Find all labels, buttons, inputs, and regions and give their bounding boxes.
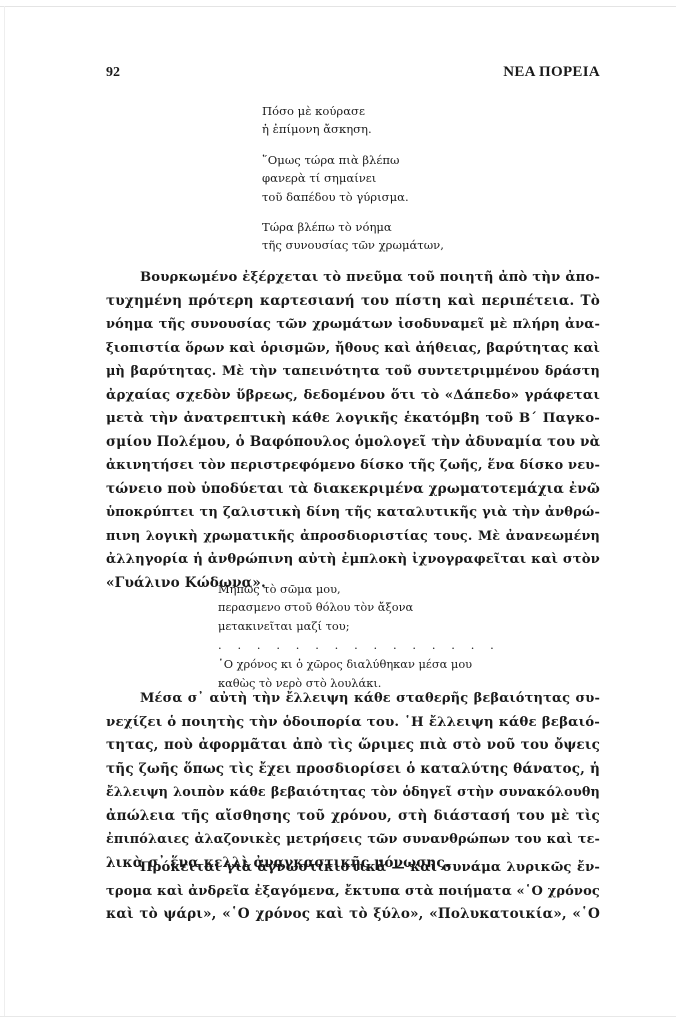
verse-line: τοῦ δαπέδου τὸ γύρισμα. bbox=[262, 188, 444, 206]
text-line: νεχίζει ὁ ποιητὴς τὴν ὁδοιπορία του. ῾Η … bbox=[106, 711, 600, 735]
verse-line: ῾Ο χρόνος κι ὁ χῶρος διαλύθηκαν μέσα μου bbox=[218, 655, 494, 673]
text-line: τώνειο ποὺ ὑποδύεται τὰ διακεκριμένα χρω… bbox=[106, 478, 600, 502]
text-line: σμίου Πολέμου, ὁ Βαφόπουλος ὁμολογεῖ τὴν… bbox=[106, 431, 600, 455]
verse-line: ῞Ομως τώρα πιὰ βλέπω bbox=[262, 151, 444, 169]
text-line: ἀκινητήσει τὸν περιστρεφόμενο δίσκο τῆς … bbox=[106, 454, 600, 478]
verse-line: ἡ ἐπίμονη ἄσκηση. bbox=[262, 120, 444, 138]
text-line: ἔλλειψη λοιπὸν κάθε βεβαιότητας τὸν ὁδηγ… bbox=[106, 781, 600, 805]
text-line: τρομα καὶ ἀνδρεῖα ἐξαγόμενα, ἔκτυπα στὰ … bbox=[106, 880, 600, 904]
text-line: Πρόκειται γιὰ ἀγνωστικιστικὰ — καὶ συνάμ… bbox=[106, 856, 600, 880]
text-line: μὴ βαρύτητας. Μὲ τὴν ταπεινότητα τοῦ συν… bbox=[106, 360, 600, 384]
page-edge-bottom bbox=[0, 1016, 676, 1017]
paragraph-3: Πρόκειται γιὰ ἀγνωστικιστικὰ — καὶ συνάμ… bbox=[106, 856, 600, 927]
text-line: μετὰ τὴν ἀνατρεπτικὴ κάθε λογικῆς ἑκατόμ… bbox=[106, 407, 600, 431]
text-line: ξιοπιστία ὅρων καὶ ὁρισμῶν, ἤθους καὶ ἀή… bbox=[106, 337, 600, 361]
verse-ellipsis: . . . . . . . . . . . . . . . . . . . . … bbox=[218, 637, 494, 653]
stanza: Πόσο μὲ κούρασε ἡ ἐπίμονη ἄσκηση. bbox=[262, 102, 444, 139]
verse-line: φανερὰ τί σημαίνει bbox=[262, 169, 444, 187]
text-line: νόημα τῆς συνουσίας τῶν χρωμάτων ἰσοδυνα… bbox=[106, 313, 600, 337]
text-line: ἀπώλεια τῆς αἴσθησης τοῦ χρόνου, στὴ διά… bbox=[106, 805, 600, 829]
verse-line: τῆς συνουσίας τῶν χρωμάτων, bbox=[262, 236, 444, 254]
text-line: ὑποκρύπτει τη ζαλιστικὴ δίνη τῆς καταλυτ… bbox=[106, 501, 600, 525]
text-line: ἀλληγορία ἡ ἀνθρώπινη αὐτὴ ἐμπλοκὴ ἰχνογ… bbox=[106, 548, 600, 572]
text-line: ἐπιπόλαιες ἀλαζονικὲς μετρήσεις τῶν συνα… bbox=[106, 828, 600, 852]
page-edge-top bbox=[0, 6, 676, 7]
text-line: τυχημένη πρότερη καρτεσιανή του πίστη κα… bbox=[106, 290, 600, 314]
text-line: καὶ τὸ ψάρι», «῾Ο χρόνος καὶ τὸ ξύλο», «… bbox=[106, 903, 600, 927]
page-edge-left bbox=[4, 6, 5, 1016]
paragraph-2: Μέσα σ᾽ αὐτὴ τὴν ἔλλειψη κάθε σταθερῆς β… bbox=[106, 687, 600, 875]
text-line: Βουρκωμένο ἐξέρχεται τὸ πνεῦμα τοῦ ποιητ… bbox=[106, 266, 600, 290]
journal-title: ΝΕΑ ΠΟΡΕΙΑ bbox=[503, 64, 600, 81]
verse-line: Πόσο μὲ κούρασε bbox=[262, 102, 444, 120]
running-head: 92 ΝΕΑ ΠΟΡΕΙΑ bbox=[106, 64, 600, 81]
verse-quote-middle: Μήπως τὸ σῶμα μου, περασμενο στοῦ θόλου … bbox=[218, 580, 494, 692]
text-line: Μέσα σ᾽ αὐτὴ τὴν ἔλλειψη κάθε σταθερῆς β… bbox=[106, 687, 600, 711]
text-line: τῆς ζωῆς ὅπως τὶς ἔχει προσδιορίσει ὁ κα… bbox=[106, 758, 600, 782]
stanza: ῞Ομως τώρα πιὰ βλέπω φανερὰ τί σημαίνει … bbox=[262, 151, 444, 206]
verse-quote-top: Πόσο μὲ κούρασε ἡ ἐπίμονη ἄσκηση. ῞Ομως … bbox=[262, 102, 444, 255]
text-line: πινη λογικὴ χρωματικῆς ἀπροσδιοριστίας τ… bbox=[106, 525, 600, 549]
verse-line: Μήπως τὸ σῶμα μου, bbox=[218, 580, 494, 598]
verse-line: μετακινεῖται μαζί του; bbox=[218, 617, 494, 635]
paragraph-1: Βουρκωμένο ἐξέρχεται τὸ πνεῦμα τοῦ ποιητ… bbox=[106, 266, 600, 595]
text-line: ἀρχαίας σχεδὸν ὕβρεως, δεδομένου ὅτι τὸ … bbox=[106, 384, 600, 408]
verse-line: περασμενο στοῦ θόλου τὸν ἄξονα bbox=[218, 598, 494, 616]
text-line: τητας, ποὺ ἀφορμᾶται ἀπὸ τὶς ὥριμες πιὰ … bbox=[106, 734, 600, 758]
verse-line: Τώρα βλέπω τὸ νόημα bbox=[262, 218, 444, 236]
page-number: 92 bbox=[106, 65, 120, 81]
stanza: Τώρα βλέπω τὸ νόημα τῆς συνουσίας τῶν χρ… bbox=[262, 218, 444, 255]
